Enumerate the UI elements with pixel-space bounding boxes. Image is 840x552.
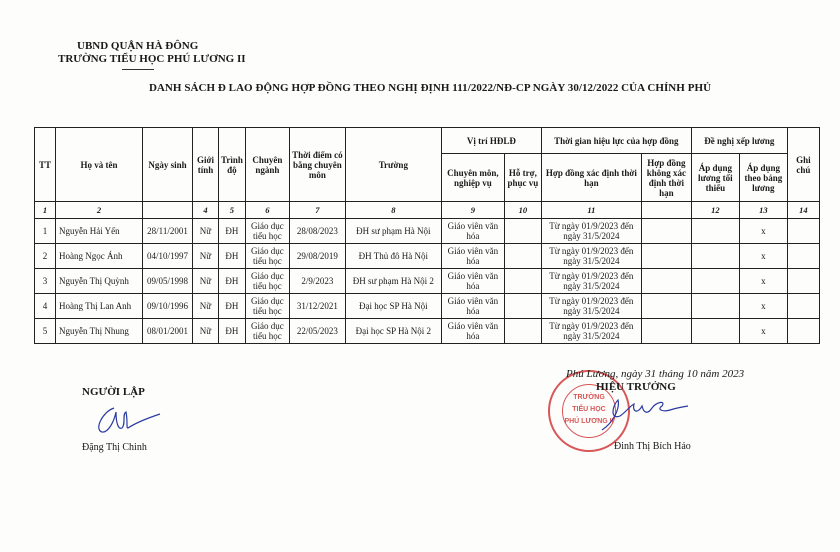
column-number: 13 (739, 202, 787, 219)
column-number: 9 (441, 202, 504, 219)
header-term-fixed: Hợp đồng xác định thời hạn (541, 154, 641, 202)
cell-level: ĐH (219, 294, 246, 319)
column-number: 2 (56, 202, 143, 219)
cell-gender: Nữ (193, 219, 219, 244)
cell-note (787, 269, 819, 294)
cell-position-support (504, 244, 541, 269)
header-school: Trường (345, 128, 441, 202)
table-row: 4Hoàng Thị Lan Anh09/10/1996NữĐHGiáo dục… (35, 294, 820, 319)
cell-term-fixed: Từ ngày 01/9/2023 đến ngày 31/5/2024 (541, 294, 641, 319)
cell-major: Giáo dục tiểu học (245, 294, 289, 319)
table-row: 1Nguyễn Hải Yến28/11/2001NữĐHGiáo dục ti… (35, 219, 820, 244)
cell-name: Hoàng Ngọc Ánh (56, 244, 143, 269)
cell-dob: 28/11/2001 (143, 219, 193, 244)
cell-school: Đại học SP Hà Nội 2 (345, 319, 441, 344)
header-position-prof: Chuyên môn, nghiệp vụ (441, 154, 504, 202)
header-major: Chuyên ngành (245, 128, 289, 202)
cell-salary-table: x (739, 319, 787, 344)
cell-position-support (504, 294, 541, 319)
column-number (641, 202, 691, 219)
cell-level: ĐH (219, 269, 246, 294)
cell-school: Đại học SP Hà Nội (345, 294, 441, 319)
cell-note (787, 294, 819, 319)
cell-position-support (504, 269, 541, 294)
cell-cert-date: 2/9/2023 (289, 269, 345, 294)
table-row: 3Nguyễn Thị Quỳnh09/05/1998NữĐHGiáo dục … (35, 269, 820, 294)
column-number: 12 (691, 202, 739, 219)
cell-cert-date: 28/08/2023 (289, 219, 345, 244)
table-row: 5Nguyễn Thị Nhung08/01/2001NữĐHGiáo dục … (35, 319, 820, 344)
cell-dob: 04/10/1997 (143, 244, 193, 269)
cell-position-prof: Giáo viên văn hóa (441, 294, 504, 319)
cell-position-support (504, 219, 541, 244)
cell-tt: 1 (35, 219, 56, 244)
school-name: TRƯỜNG TIỂU HỌC PHÚ LƯƠNG II (58, 53, 246, 66)
cell-major: Giáo dục tiểu học (245, 244, 289, 269)
cell-gender: Nữ (193, 244, 219, 269)
column-number: 8 (345, 202, 441, 219)
cell-level: ĐH (219, 219, 246, 244)
cell-position-prof: Giáo viên văn hóa (441, 319, 504, 344)
cell-major: Giáo dục tiểu học (245, 269, 289, 294)
cell-salary-table: x (739, 269, 787, 294)
cell-cert-date: 29/08/2019 (289, 244, 345, 269)
cell-tt: 3 (35, 269, 56, 294)
column-number: 14 (787, 202, 819, 219)
cell-tt: 5 (35, 319, 56, 344)
cell-name: Nguyễn Hải Yến (56, 219, 143, 244)
column-number: 5 (219, 202, 246, 219)
header-term-group: Thời gian hiệu lực của hợp đồng (541, 128, 691, 154)
cell-term-fixed: Từ ngày 01/9/2023 đến ngày 31/5/2024 (541, 269, 641, 294)
column-number (143, 202, 193, 219)
preparer-signature (92, 402, 162, 436)
cell-salary-table: x (739, 219, 787, 244)
document-title-text: DANH SÁCH Đ LAO ĐỘNG HỢP ĐỒNG THEO NGHỊ … (149, 82, 711, 94)
cell-gender: Nữ (193, 294, 219, 319)
table-body: 1Nguyễn Hải Yến28/11/2001NữĐHGiáo dục ti… (35, 219, 820, 344)
cell-term-indefinite (641, 319, 691, 344)
header-cert-date: Thời điểm có bằng chuyên môn (289, 128, 345, 202)
cell-term-fixed: Từ ngày 01/9/2023 đến ngày 31/5/2024 (541, 244, 641, 269)
cell-name: Hoàng Thị Lan Anh (56, 294, 143, 319)
column-number: 1 (35, 202, 56, 219)
cell-position-prof: Giáo viên văn hóa (441, 219, 504, 244)
header-term-indefinite: Hợp đồng không xác định thời hạn (641, 154, 691, 202)
column-number: 11 (541, 202, 641, 219)
cell-dob: 08/01/2001 (143, 319, 193, 344)
cell-name: Nguyễn Thị Quỳnh (56, 269, 143, 294)
cell-term-indefinite (641, 269, 691, 294)
header-gender: Giới tính (193, 128, 219, 202)
cell-cert-date: 22/05/2023 (289, 319, 345, 344)
cell-tt: 2 (35, 244, 56, 269)
cell-salary-min (691, 244, 739, 269)
principal-title: HIỆU TRƯỞNG (596, 381, 676, 393)
preparer-title: NGƯỜI LẬP (82, 386, 145, 398)
agency-name: UBND QUẬN HÀ ĐÔNG (77, 40, 198, 53)
table-row: 2Hoàng Ngọc Ánh04/10/1997NữĐHGiáo dục ti… (35, 244, 820, 269)
cell-term-fixed: Từ ngày 01/9/2023 đến ngày 31/5/2024 (541, 219, 641, 244)
principal-name: Đinh Thị Bích Hảo (614, 441, 691, 452)
column-number: 6 (245, 202, 289, 219)
cell-term-fixed: Từ ngày 01/9/2023 đến ngày 31/5/2024 (541, 319, 641, 344)
column-number: 4 (193, 202, 219, 219)
preparer-name: Đặng Thị Chinh (82, 442, 147, 453)
principal-signature (600, 394, 690, 434)
header-salary-min: Áp dụng lương tối thiểu (691, 154, 739, 202)
cell-dob: 09/10/1996 (143, 294, 193, 319)
cell-term-indefinite (641, 244, 691, 269)
header-underline (122, 69, 154, 70)
cell-term-indefinite (641, 294, 691, 319)
cell-position-prof: Giáo viên văn hóa (441, 269, 504, 294)
cell-level: ĐH (219, 319, 246, 344)
header-note: Ghi chú (787, 128, 819, 202)
cell-school: ĐH Thủ đô Hà Nội (345, 244, 441, 269)
cell-salary-table: x (739, 244, 787, 269)
cell-note (787, 319, 819, 344)
column-number: 10 (504, 202, 541, 219)
place-date: Phú Lương, ngày 31 tháng 10 năm 2023 (566, 368, 744, 380)
header-position-group: Vị trí HĐLĐ (441, 128, 541, 154)
cell-major: Giáo dục tiểu học (245, 219, 289, 244)
header-salary-table: Áp dụng theo bảng lương (739, 154, 787, 202)
column-number-row: 124567891011121314 (35, 202, 820, 219)
cell-note (787, 244, 819, 269)
cell-gender: Nữ (193, 319, 219, 344)
header-name: Họ và tên (56, 128, 143, 202)
cell-school: ĐH sư phạm Hà Nội (345, 219, 441, 244)
cell-term-indefinite (641, 219, 691, 244)
cell-salary-min (691, 219, 739, 244)
cell-cert-date: 31/12/2021 (289, 294, 345, 319)
cell-name: Nguyễn Thị Nhung (56, 319, 143, 344)
header-salary-group: Đề nghị xếp lương (691, 128, 787, 154)
employee-table: TT Họ và tên Ngày sinh Giới tính Trình đ… (34, 127, 820, 344)
cell-dob: 09/05/1998 (143, 269, 193, 294)
cell-gender: Nữ (193, 269, 219, 294)
cell-level: ĐH (219, 244, 246, 269)
header-level: Trình độ (219, 128, 246, 202)
cell-salary-table: x (739, 294, 787, 319)
cell-school: ĐH sư phạm Hà Nội 2 (345, 269, 441, 294)
cell-salary-min (691, 269, 739, 294)
cell-position-support (504, 319, 541, 344)
cell-salary-min (691, 294, 739, 319)
column-number: 7 (289, 202, 345, 219)
cell-salary-min (691, 319, 739, 344)
document-title: DANH SÁCH Đ LAO ĐỘNG HỢP ĐỒNG THEO NGHỊ … (0, 82, 840, 94)
cell-note (787, 219, 819, 244)
cell-major: Giáo dục tiểu học (245, 319, 289, 344)
header-position-support: Hỗ trợ, phục vụ (504, 154, 541, 202)
header-tt: TT (35, 128, 56, 202)
header-dob: Ngày sinh (143, 128, 193, 202)
cell-position-prof: Giáo viên văn hóa (441, 244, 504, 269)
cell-tt: 4 (35, 294, 56, 319)
